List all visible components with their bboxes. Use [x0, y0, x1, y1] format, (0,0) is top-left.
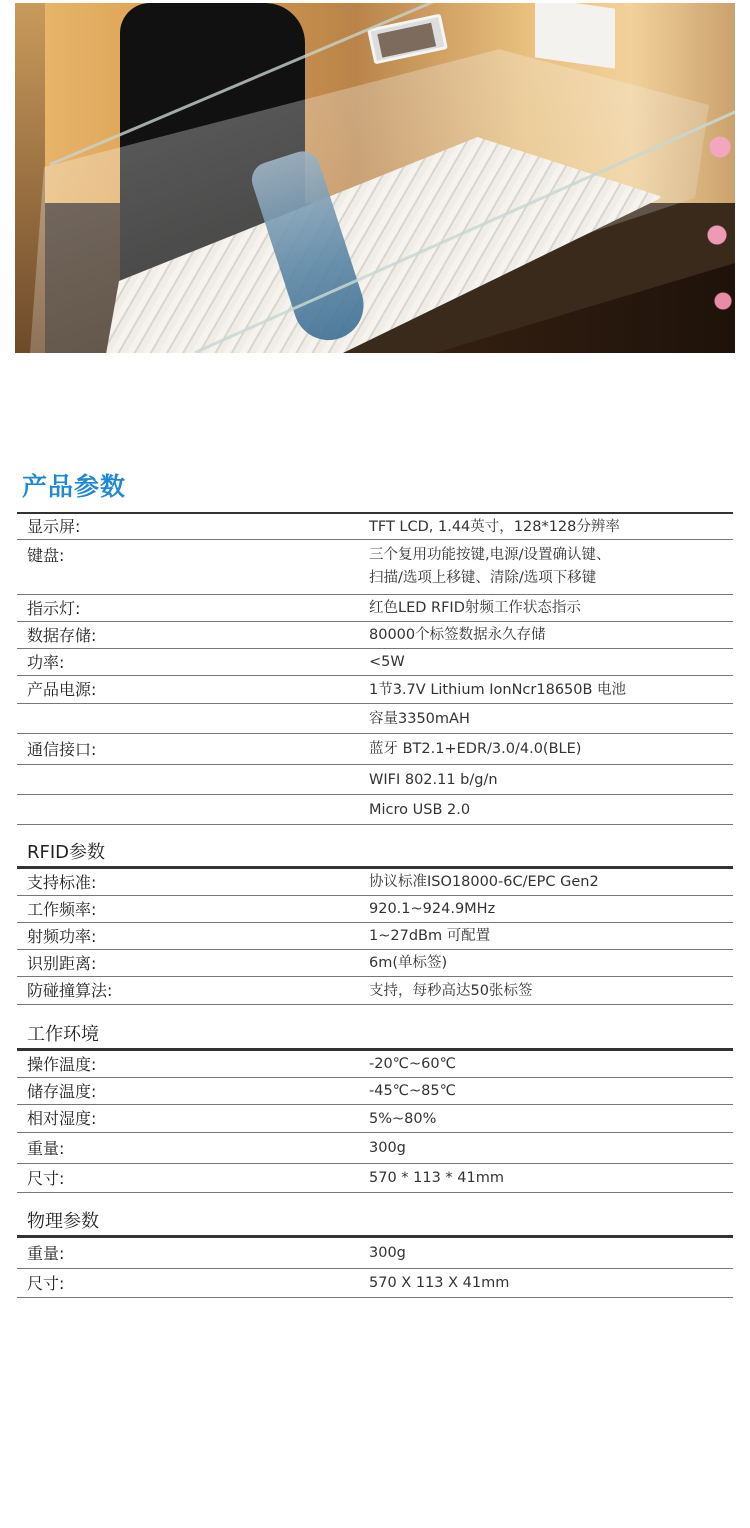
spec-label: 功率:	[17, 649, 369, 675]
spec-row-indicator: 指示灯: 红色LED RFID射频工作状态指示	[17, 595, 733, 622]
spec-value: 1~27dBm 可配置	[369, 923, 733, 949]
hero-photo	[15, 3, 735, 353]
spec-table: 显示屏: TFT LCD, 1.44英寸，128*128分辨率 键盘: 三个复用…	[17, 512, 733, 825]
spec-row: 重量: 300g	[17, 1133, 733, 1164]
spec-row-keyboard: 键盘: 三个复用功能按键,电源/设置确认键、 扫描/选项上移键、清除/选项下移键	[17, 540, 733, 595]
spec-label: 相对湿度:	[17, 1105, 369, 1132]
spec-row-storage: 数据存储: 80000个标签数据永久存储	[17, 622, 733, 649]
spec-label: 操作温度:	[17, 1051, 369, 1077]
spec-row: 工作频率: 920.1~924.9MHz	[17, 896, 733, 923]
spec-value: 蓝牙 BT2.1+EDR/3.0/4.0(BLE)	[369, 734, 733, 764]
spec-row: 识别距离: 6m(单标签)	[17, 950, 733, 977]
spec-label: 尺寸:	[17, 1269, 369, 1297]
spec-value: 1节3.7V Lithium IonNcr18650B 电池	[369, 676, 733, 703]
spec-value: TFT LCD, 1.44英寸，128*128分辨率	[369, 514, 733, 539]
spec-value: 6m(单标签)	[369, 950, 733, 976]
photo-sign	[535, 3, 615, 69]
spec-label: 数据存储:	[17, 622, 369, 648]
spec-value: 5%~80%	[369, 1105, 733, 1132]
group-title: RFID参数	[17, 840, 733, 866]
spec-table: 重量: 300g 尺寸: 570 X 113 X 41mm	[17, 1235, 733, 1298]
spec-label: 识别距离:	[17, 950, 369, 976]
spec-label: 产品电源:	[17, 676, 369, 703]
spec-label: 储存温度:	[17, 1078, 369, 1104]
spec-row-power: 功率: <5W	[17, 649, 733, 676]
spec-row-interface-bt: 通信接口: 蓝牙 BT2.1+EDR/3.0/4.0(BLE)	[17, 734, 733, 765]
spec-row-capacity: 容量3350mAH	[17, 704, 733, 734]
spec-table: 操作温度: -20℃~60℃ 储存温度: -45℃~85℃ 相对湿度: 5%~8…	[17, 1048, 733, 1193]
spec-label: 工作频率:	[17, 896, 369, 922]
spec-label: 防碰撞算法:	[17, 977, 369, 1004]
page-title: 产品参数	[22, 467, 126, 503]
spec-value: 300g	[369, 1133, 733, 1163]
spec-row-display: 显示屏: TFT LCD, 1.44英寸，128*128分辨率	[17, 514, 733, 540]
spec-value: 920.1~924.9MHz	[369, 896, 733, 922]
spec-row-interface-usb: Micro USB 2.0	[17, 795, 733, 825]
spec-row: 支持标准: 协议标准ISO18000-6C/EPC Gen2	[17, 869, 733, 896]
spec-value: Micro USB 2.0	[369, 795, 733, 824]
group-title: 工作环境	[17, 1022, 733, 1048]
spec-value: 协议标准ISO18000-6C/EPC Gen2	[369, 869, 733, 895]
spec-value: 570 X 113 X 41mm	[369, 1269, 733, 1297]
spec-row-interface-wifi: WIFI 802.11 b/g/n	[17, 765, 733, 795]
spec-row: 尺寸: 570 X 113 X 41mm	[17, 1269, 733, 1298]
photo-flowers	[705, 103, 735, 323]
spec-value: 570 * 113 * 41mm	[369, 1164, 733, 1192]
spec-label	[17, 765, 369, 794]
spec-label: 支持标准:	[17, 869, 369, 895]
spec-value: 容量3350mAH	[369, 704, 733, 733]
spec-value: -20℃~60℃	[369, 1051, 733, 1077]
spec-label: 通信接口:	[17, 734, 369, 764]
spec-row: 操作温度: -20℃~60℃	[17, 1051, 733, 1078]
spec-value: 支持，每秒高达50张标签	[369, 977, 733, 1004]
spec-value: <5W	[369, 649, 733, 675]
spec-label: 指示灯:	[17, 595, 369, 621]
spec-value: 三个复用功能按键,电源/设置确认键、 扫描/选项上移键、清除/选项下移键	[369, 544, 733, 594]
spec-group-environment: 工作环境 操作温度: -20℃~60℃ 储存温度: -45℃~85℃ 相对湿度:…	[17, 1022, 733, 1193]
spec-row-battery: 产品电源: 1节3.7V Lithium IonNcr18650B 电池	[17, 676, 733, 704]
spec-label: 键盘:	[17, 544, 369, 594]
group-title: 物理参数	[17, 1209, 733, 1235]
spec-label: 显示屏:	[17, 514, 369, 539]
spec-group-rfid: RFID参数 支持标准: 协议标准ISO18000-6C/EPC Gen2 工作…	[17, 840, 733, 1005]
spec-value: -45℃~85℃	[369, 1078, 733, 1104]
spec-label: 射频功率:	[17, 923, 369, 949]
spec-value-line: 扫描/选项上移键、清除/选项下移键	[369, 567, 733, 590]
spec-label: 重量:	[17, 1238, 369, 1268]
spec-value-line: 三个复用功能按键,电源/设置确认键、	[369, 544, 733, 567]
spec-group-physical: 物理参数 重量: 300g 尺寸: 570 X 113 X 41mm	[17, 1209, 733, 1298]
spec-value: 80000个标签数据永久存储	[369, 622, 733, 648]
spec-label: 尺寸:	[17, 1164, 369, 1192]
spec-label	[17, 704, 369, 733]
spec-label	[17, 795, 369, 824]
spec-row: 尺寸: 570 * 113 * 41mm	[17, 1164, 733, 1193]
spec-row: 射频功率: 1~27dBm 可配置	[17, 923, 733, 950]
spec-group-product: 显示屏: TFT LCD, 1.44英寸，128*128分辨率 键盘: 三个复用…	[17, 512, 733, 825]
spec-label: 重量:	[17, 1133, 369, 1163]
spec-value: 300g	[369, 1238, 733, 1268]
spec-row: 相对湿度: 5%~80%	[17, 1105, 733, 1133]
spec-row: 储存温度: -45℃~85℃	[17, 1078, 733, 1105]
spec-table: 支持标准: 协议标准ISO18000-6C/EPC Gen2 工作频率: 920…	[17, 866, 733, 1005]
spec-row: 防碰撞算法: 支持，每秒高达50张标签	[17, 977, 733, 1005]
spec-value: 红色LED RFID射频工作状态指示	[369, 595, 733, 621]
spec-row: 重量: 300g	[17, 1238, 733, 1269]
spec-value: WIFI 802.11 b/g/n	[369, 765, 733, 794]
